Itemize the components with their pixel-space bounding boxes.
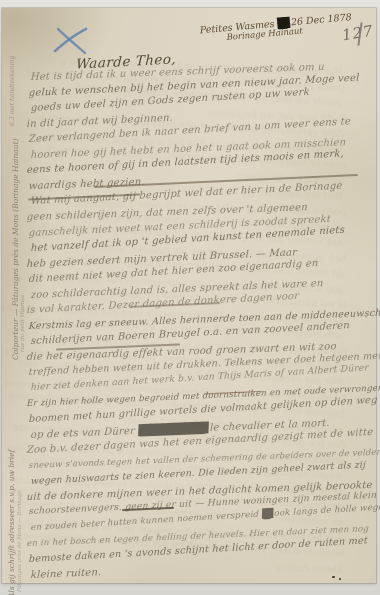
margin-note-vertical: Colporteur — Pâturages près de Mons (Bor… [11,138,20,360]
bleedthrough-line: kleine ruiten. [275,562,343,576]
ink-speck [339,578,341,580]
handwriting-line: waardigs hebt gezien. [28,176,145,191]
margin-note-vertical: Als gij schrijft adresseer s.v.p. uw bri… [7,450,16,595]
margin-note-vertical: 6.3 met handteekening [9,56,16,126]
blue-cross-annotation-icon [52,26,90,56]
margin-note-vertical: rue du petit Wasmes [20,295,26,352]
scanned-letter-page: Het is tijd dat ik u weer eens schrijf v… [0,0,380,595]
margin-note-vertical: Pâturages près de Mons — Borinage [17,490,23,592]
handwriting-line: kleine ruiten. [30,567,101,581]
ink-speck [332,576,335,578]
letter-paper: Het is tijd dat ik u weer eens schrijf v… [2,8,376,583]
